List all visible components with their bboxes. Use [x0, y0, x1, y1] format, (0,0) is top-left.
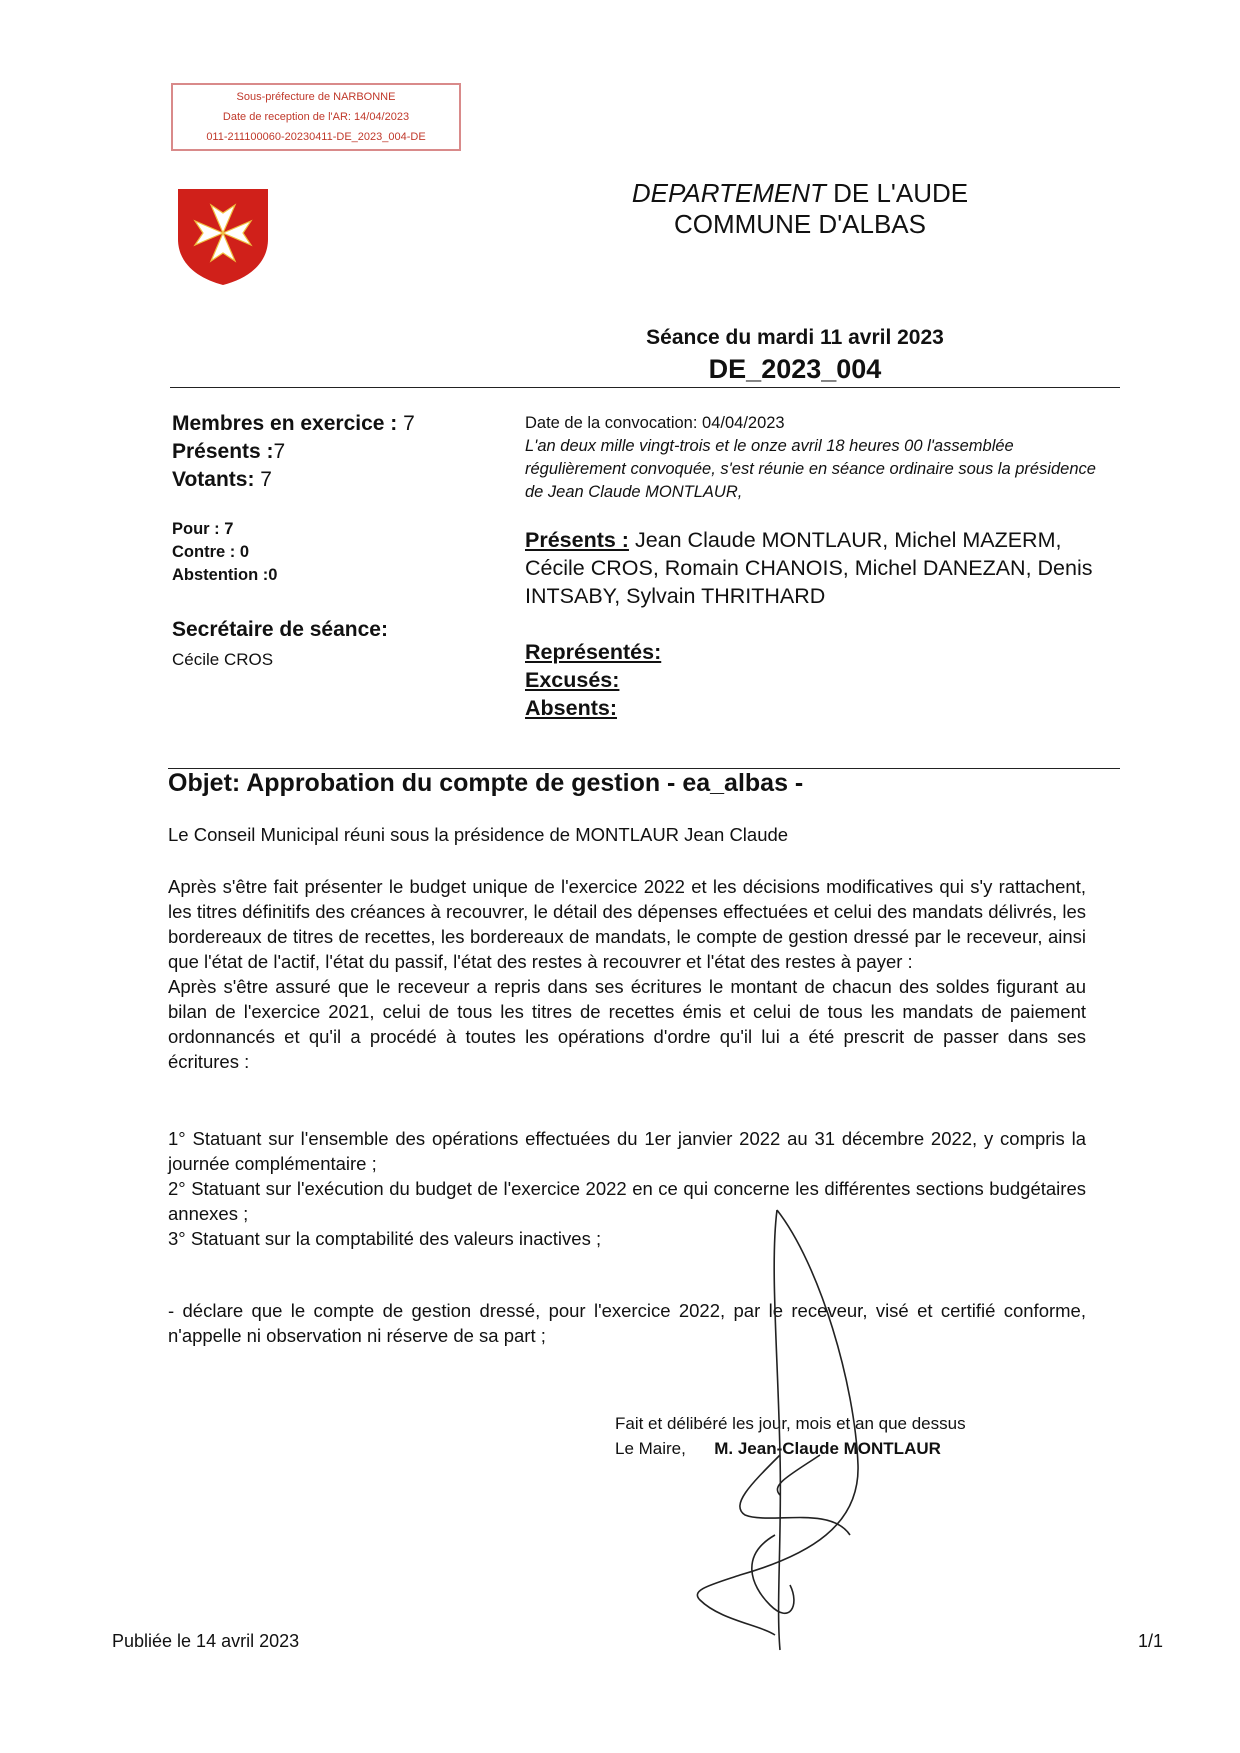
convocation-date: Date de la convocation: 04/04/2023 — [525, 412, 1115, 435]
maltese-cross-shield-icon — [176, 187, 270, 287]
deliberation-reference: DE_2023_004 — [590, 354, 1000, 385]
statuant-item-3: 3° Statuant sur la comptabilité des vale… — [168, 1226, 1086, 1251]
preamble: Après s'être fait présenter le budget un… — [168, 874, 1086, 1074]
voters-value: 7 — [260, 468, 272, 491]
present-label: Présents : — [172, 440, 274, 463]
commune-name: COMMUNE D'ALBAS — [600, 209, 1000, 240]
voters-label: Votants: — [172, 468, 260, 491]
department-heading: DEPARTEMENT DE L'AUDE COMMUNE D'ALBAS — [600, 178, 1000, 240]
member-counts: Membres en exercice : 7 Présents :7 Vota… — [172, 410, 415, 494]
convocation-text: L'an deux mille vingt-trois et le onze a… — [525, 435, 1115, 504]
attendees: Présents : Jean Claude MONTLAUR, Michel … — [525, 526, 1105, 610]
absent-label: Absents: — [525, 694, 661, 722]
declaration: - déclare que le compte de gestion dress… — [168, 1298, 1086, 1348]
subject-title: Objet: Approbation du compte de gestion … — [168, 769, 803, 798]
header-divider — [170, 387, 1120, 388]
department-name: DE L'AUDE — [826, 178, 968, 208]
preamble-paragraph-2: Après s'être assuré que le receveur a re… — [168, 974, 1086, 1074]
represented-label: Représentés: — [525, 638, 661, 666]
vote-for: Pour : 7 — [172, 518, 277, 541]
stamp-line-act-id: 011-211100060-20230411-DE_2023_004-DE — [173, 127, 459, 147]
members-label: Membres en exercice : — [172, 412, 403, 435]
council-intro: Le Conseil Municipal réuni sous la prési… — [168, 824, 788, 846]
statuant-list: 1° Statuant sur l'ensemble des opération… — [168, 1126, 1086, 1251]
present-value: 7 — [274, 440, 286, 463]
secretary-name: Cécile CROS — [172, 650, 273, 670]
vote-results: Pour : 7 Contre : 0 Abstention :0 — [172, 518, 277, 587]
secretary-label: Secrétaire de séance: — [172, 618, 388, 642]
stamp-line-reception-date: Date de reception de l'AR: 14/04/2023 — [173, 107, 459, 127]
mayor-label: Le Maire, — [615, 1439, 686, 1458]
declaration-text: - déclare que le compte de gestion dress… — [168, 1298, 1086, 1348]
preamble-paragraph-1: Après s'être fait présenter le budget un… — [168, 874, 1086, 974]
members-value: 7 — [403, 412, 415, 435]
other-attendance: Représentés: Excusés: Absents: — [525, 638, 661, 722]
session-date: Séance du mardi 11 avril 2023 — [590, 326, 1000, 350]
excused-label: Excusés: — [525, 666, 661, 694]
vote-abstention: Abstention :0 — [172, 564, 277, 587]
statuant-item-2: 2° Statuant sur l'exécution du budget de… — [168, 1176, 1086, 1226]
page-number: 1/1 — [1138, 1631, 1163, 1652]
stamp-line-prefecture: Sous-préfecture de NARBONNE — [173, 87, 459, 107]
attendees-label: Présents : — [525, 528, 629, 552]
prefecture-reception-stamp: Sous-préfecture de NARBONNE Date de rece… — [171, 83, 461, 151]
convocation-block: Date de la convocation: 04/04/2023 L'an … — [525, 412, 1115, 504]
handwritten-signature-icon — [680, 1205, 880, 1655]
publication-date: Publiée le 14 avril 2023 — [112, 1631, 299, 1652]
vote-against: Contre : 0 — [172, 541, 277, 564]
department-label: DEPARTEMENT — [632, 178, 826, 208]
statuant-item-1: 1° Statuant sur l'ensemble des opération… — [168, 1126, 1086, 1176]
